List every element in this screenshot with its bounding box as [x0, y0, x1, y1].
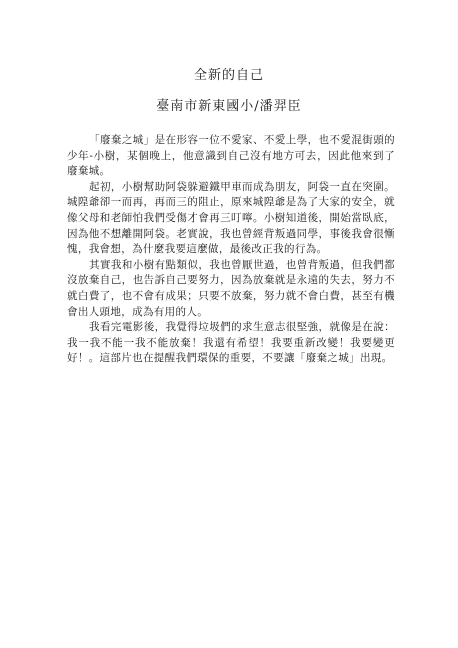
- document-page: 全新的自己 臺南市新東國小/潘羿臣 「廢棄之城」是在形容一位不愛家、不愛上學，也…: [0, 0, 458, 648]
- paragraph-4: 我看完電影後，我覺得垃圾們的求生意志很堅強，就像是在說：我一我不能一我不能放棄！…: [67, 320, 395, 367]
- paragraph-2: 起初，小樹幫助阿袋躲避鐵甲車而成為朋友，阿袋一直在突圍。城隍爺卻一而再，再而三的…: [67, 180, 395, 258]
- document-body: 「廢棄之城」是在形容一位不愛家、不愛上學，也不愛混街頭的少年-小樹，某個晚上，他…: [67, 133, 395, 367]
- paragraph-3: 其實我和小樹有點類似，我也曾厭世過，也曾背叛過，但我們都沒放棄自己，也告訴自己要…: [67, 258, 395, 320]
- document-title: 全新的自己: [0, 64, 458, 83]
- author-line: 臺南市新東國小/潘羿臣: [0, 95, 458, 114]
- paragraph-1: 「廢棄之城」是在形容一位不愛家、不愛上學，也不愛混街頭的少年-小樹，某個晚上，他…: [67, 133, 395, 180]
